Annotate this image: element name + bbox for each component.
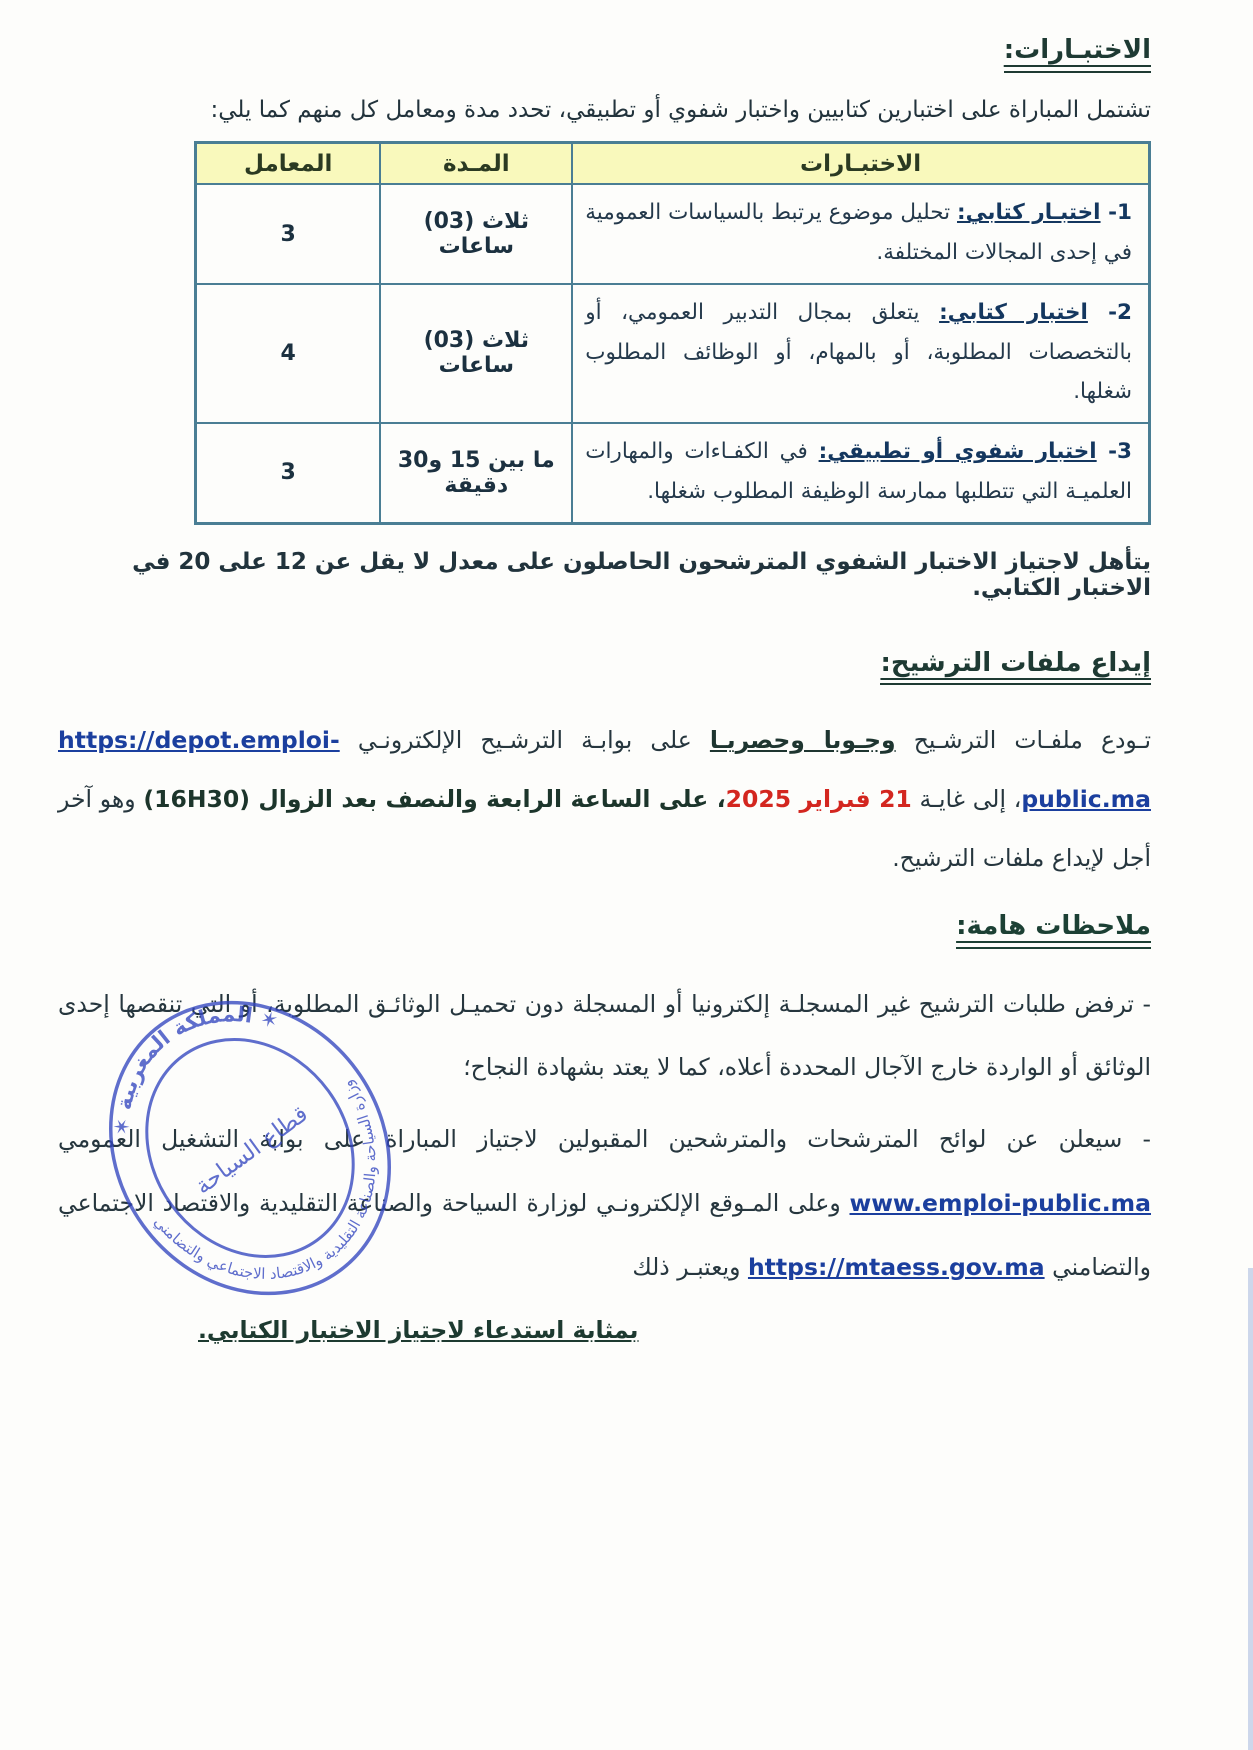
column-header-exams: الاختبـارات [572,142,1149,184]
document-page: الاختبـارات: تشتمل المباراة على اختبارين… [0,0,1253,1750]
mandatory-exclusive-emphasis: وجـوبا وحصريـا [710,726,896,754]
submission-text-2: على بوابـة الترشـيح الإلكترونـي [340,726,710,754]
exam-2-title: اختبار كتابي: [939,300,1088,325]
exam-3-coefficient: 3 [196,423,381,523]
exam-2-coefficient: 4 [196,284,381,423]
column-header-duration: المـدة [380,142,572,184]
exam-1-number: 1- [1101,200,1132,225]
table-row: 2- اختبار كتابي: يتعلق بمجال التدبير الع… [196,284,1150,423]
exam-2-duration: ثلاث (03) ساعات [380,284,572,423]
submission-paragraph: تـودع ملفـات الترشـيح وجـوبا وحصريـا على… [58,711,1151,887]
notes-section-heading: ملاحظات هامة: [956,910,1151,949]
exam-3-number: 3- [1097,439,1132,464]
mtaess-link[interactable]: https://mtaess.gov.ma [748,1253,1045,1281]
note-2-text-1: - سيعلن عن لوائح المترشحات والمترشحين ال… [58,1125,1151,1153]
deadline-date: 21 فبراير 2025 [726,785,912,813]
qualification-rule-text: يتأهل لاجتياز الاختبار الشفوي المترشحون … [58,549,1151,601]
exams-table: الاختبـارات المـدة المعامل 1- اختبـار كت… [194,141,1151,525]
exams-section-heading: الاختبـارات: [1004,34,1151,73]
submission-text-3: ، إلى غايـة [912,785,1022,813]
exam-3-duration: ما بين 15 و30 دقيقة [380,423,572,523]
deadline-time-text: ، على الساعة الرابعة والنصف بعد الزوال [250,785,726,813]
exam-1-coefficient: 3 [196,184,381,284]
deadline-time-value: (16H30) [143,785,250,813]
exam-3-title: اختبار شفوي أو تطبيقي: [819,439,1097,464]
note-2-text-3: ويعتبـر ذلك [632,1253,748,1281]
table-row: 3- اختبار شفوي أو تطبيقي: في الكفـاءات و… [196,423,1150,523]
note-results-announcement: - سيعلن عن لوائح المترشحات والمترشحين ال… [58,1108,1151,1300]
table-row: 1- اختبـار كتابي: تحليل موضوع يرتبط بالس… [196,184,1150,284]
exam-3-description: 3- اختبار شفوي أو تطبيقي: في الكفـاءات و… [572,423,1149,523]
written-exam-summon-line: بمثابة استدعاء لاجتياز الاختبار الكتابي. [198,1302,1151,1358]
submission-section-heading: إيداع ملفات الترشيح: [880,647,1151,686]
exam-1-duration: ثلاث (03) ساعات [380,184,572,284]
note-rejection-rule: - ترفض طلبات الترشيح غير المسجلـة إلكترو… [58,973,1151,1101]
exam-1-description: 1- اختبـار كتابي: تحليل موضوع يرتبط بالس… [572,184,1149,284]
scan-edge-artifact [1248,1268,1253,1750]
written-exam-summon-text: بمثابة استدعاء لاجتياز الاختبار الكتابي. [198,1316,639,1344]
submission-text-1: تـودع ملفـات الترشـيح [896,726,1151,754]
exams-intro-text: تشتمل المباراة على اختبارين كتابيين واخت… [58,97,1151,123]
table-header-row: الاختبـارات المـدة المعامل [196,142,1150,184]
exam-2-number: 2- [1088,300,1132,325]
emploi-public-link[interactable]: www.emploi-public.ma [850,1189,1152,1217]
exam-2-description: 2- اختبار كتابي: يتعلق بمجال التدبير الع… [572,284,1149,423]
column-header-coefficient: المعامل [196,142,381,184]
exam-1-title: اختبـار كتابي: [957,200,1101,225]
